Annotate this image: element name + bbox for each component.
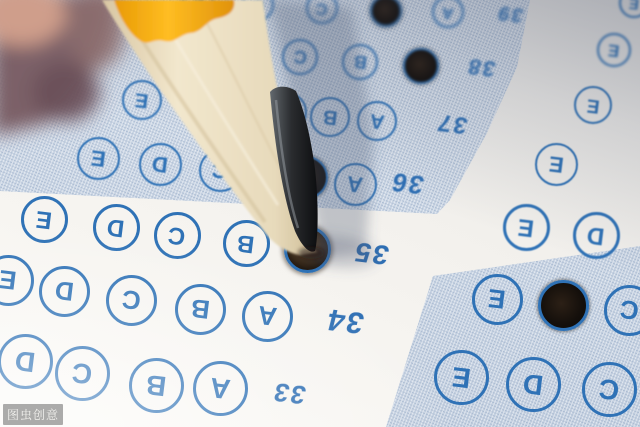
bubble-letter: A: [369, 110, 386, 132]
bubble-letter: A: [208, 373, 231, 403]
bubble-letter: D: [521, 369, 544, 399]
bubble-letter: C: [597, 374, 620, 404]
bubble-right_rows1-E: E: [597, 33, 631, 67]
bubble-37-B: B: [310, 97, 350, 137]
bubble-39-B: B: [370, 0, 402, 27]
bubble-38-B: B: [342, 44, 378, 80]
bubble-right_rows5-D: D: [538, 280, 589, 331]
bubble-right_rows6-E: E: [434, 350, 489, 405]
question-number-35: 35: [350, 235, 393, 271]
bubble-letter: E: [607, 41, 620, 59]
bubble-letter: D: [151, 152, 169, 176]
bubble-letter: E: [134, 89, 150, 110]
bubble-letter: B: [189, 295, 211, 323]
bubble-right_rows4-E: E: [503, 204, 550, 251]
bubble-letter: B: [322, 106, 339, 128]
top-shadow-overlay: [0, 0, 640, 427]
bubble-letter: D: [251, 0, 264, 14]
bubble-33-D: D: [0, 334, 53, 389]
bubble-rows: EDCBA39EDCBA38EDCBA37EDCBA36EDCBA35EDCBA…: [0, 0, 640, 427]
shaded-band-1: [0, 0, 640, 427]
bubble-letter: E: [547, 152, 564, 176]
stock-watermark: 图虫创意: [3, 404, 63, 425]
bubble-letter: E: [35, 206, 54, 232]
bubble-38-A: A: [403, 48, 439, 84]
bubble-33-A: A: [193, 361, 248, 416]
bubble-letter: E: [517, 214, 536, 240]
bubble-right_rows5-E: E: [472, 274, 523, 325]
bubble-39-A: A: [432, 0, 464, 28]
bubble-right_rows5-C: C: [604, 285, 640, 336]
bubble-letter: B: [352, 52, 367, 71]
bubble-right_rows0-E: E: [619, 0, 640, 18]
bubble-letter: C: [292, 47, 307, 66]
blurred-finger-blob: [0, 0, 126, 136]
bubble-letter: E: [450, 362, 472, 392]
pencil-wood-cone: [102, 0, 318, 255]
bubble-34-B: B: [175, 284, 226, 335]
bubble-35-B: B: [223, 220, 270, 267]
bubble-34-C: C: [106, 275, 157, 326]
bottom-left-highlight-overlay: [0, 0, 640, 427]
bubble-letter: C: [120, 286, 142, 314]
bubble-right_rows6-D: D: [506, 357, 561, 412]
bubble-39-E: E: [182, 0, 214, 18]
bubble-letter: E: [89, 146, 106, 170]
bubble-36-D: D: [139, 143, 182, 186]
bubble-letter: E: [487, 285, 507, 313]
bubble-letter: D: [13, 346, 36, 376]
pencil-graphic: [0, 0, 640, 427]
bubble-letter: E: [171, 36, 185, 55]
bubble-letter: D: [210, 96, 227, 118]
bubble-33-B: B: [129, 358, 184, 413]
bubble-letter: C: [70, 358, 93, 388]
bubble-letter: D: [231, 42, 246, 61]
bubble-letter: D: [53, 277, 75, 305]
bubble-right_rows4-D: D: [573, 212, 620, 259]
bubble-letter: E: [0, 266, 18, 294]
question-number-38: 38: [464, 53, 499, 82]
pencil: [102, 0, 324, 259]
bubble-38-D: D: [221, 34, 257, 70]
bubble-right_rows6-C: C: [582, 362, 637, 417]
bubble-right_rows3-E: E: [535, 143, 578, 186]
bubble-letter: A: [441, 3, 454, 20]
pencil-cast-shadow: [270, 0, 380, 274]
bubble-letter: E: [192, 0, 205, 11]
bubble-34-D: D: [39, 266, 90, 317]
bubble-39-D: D: [242, 0, 274, 21]
bubble-39-C: C: [306, 0, 338, 24]
bubble-letter: C: [618, 296, 640, 324]
bubble-33-C: C: [55, 346, 110, 401]
bubble-right_rows2-E: E: [574, 86, 612, 124]
blue-shaded-bands: [0, 0, 640, 427]
bubble-34-E: E: [0, 255, 34, 306]
bubble-letter: E: [586, 95, 601, 115]
bubble-38-E: E: [160, 28, 196, 64]
bubble-37-D: D: [198, 87, 238, 127]
bubble-35-A: A: [284, 226, 331, 273]
bubble-letter: A: [346, 172, 364, 196]
bubble-35-D: D: [93, 204, 140, 251]
bubble-37-C: C: [267, 92, 307, 132]
bubble-letter: E: [628, 0, 640, 11]
bubble-38-C: C: [282, 39, 318, 75]
question-number-37: 37: [433, 107, 470, 138]
bubble-letter: D: [586, 222, 606, 248]
bubble-36-E: E: [77, 137, 120, 180]
question-number-36: 36: [387, 166, 427, 200]
bubble-letter: C: [279, 101, 296, 123]
bubble-letter: C: [211, 158, 229, 182]
stock-watermark-text: 图虫创意: [7, 406, 59, 423]
bubble-34-A: A: [242, 291, 293, 342]
pencil-paint-yellow: [114, 0, 234, 43]
bubble-37-E: E: [122, 80, 162, 120]
bubble-letter: D: [106, 214, 126, 240]
bubble-letter: C: [315, 0, 328, 17]
answer-sheet-photo: EDCBA39EDCBA38EDCBA37EDCBA36EDCBA35EDCBA…: [0, 0, 640, 427]
bubble-36-C: C: [199, 149, 242, 192]
bubble-letter: A: [256, 302, 278, 330]
bubble-35-C: C: [154, 212, 201, 259]
pencil-graphite-tip: [270, 87, 318, 252]
question-number-39: 39: [494, 0, 526, 26]
bubble-letter: B: [144, 370, 167, 400]
bubble-36-A: A: [334, 163, 377, 206]
bubble-letter: C: [167, 222, 187, 248]
bubble-35-E: E: [21, 196, 68, 243]
question-number-34: 34: [322, 301, 367, 339]
bubble-37-A: A: [357, 101, 397, 141]
bubble-letter: B: [236, 230, 256, 256]
question-number-33: 33: [269, 376, 309, 410]
shaded-band-2: [0, 0, 640, 427]
bubble-36-B: B: [285, 156, 328, 199]
